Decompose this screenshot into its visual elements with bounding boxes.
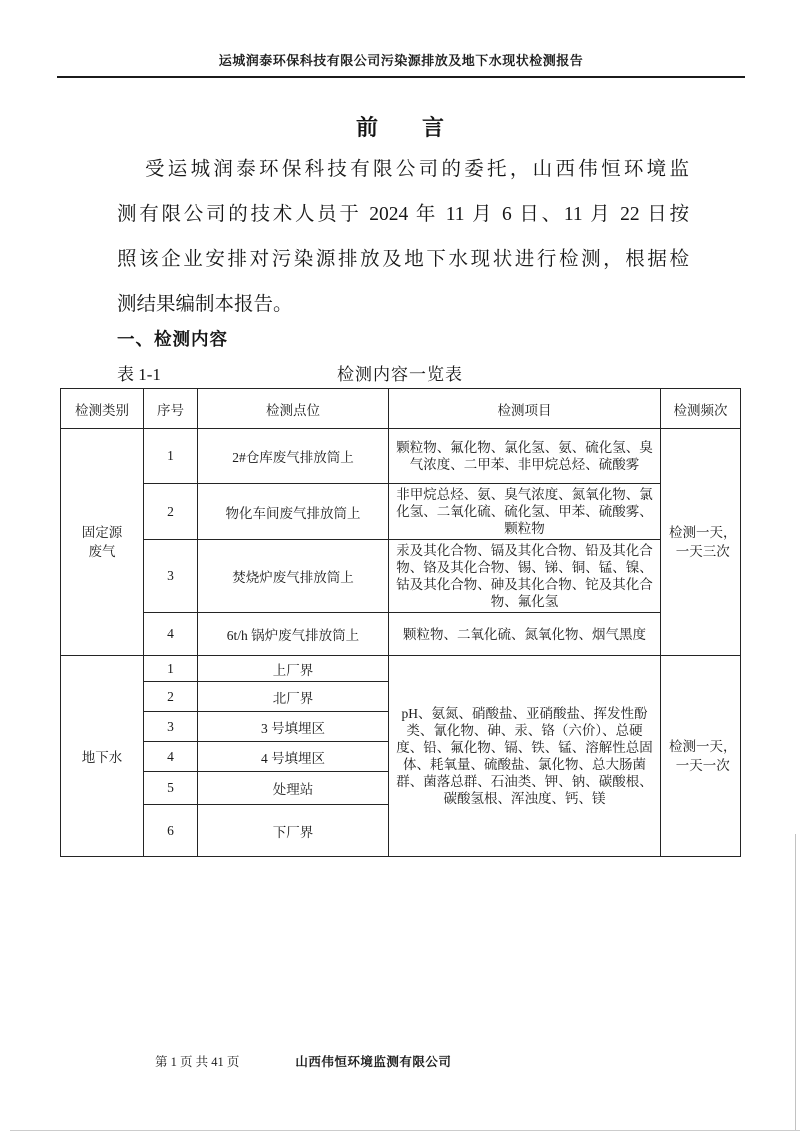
point-cell: 北厂界 (198, 682, 389, 712)
category-label: 地下水 (65, 746, 139, 766)
col-header-point: 检测点位 (198, 389, 389, 429)
items-cell: 汞及其化合物、镉及其化合物、铅及其化合物、铬及其化合物、锡、锑、铜、锰、镍、钴及… (389, 540, 661, 613)
paragraph-line: 测结果编制本报告。 (117, 282, 689, 327)
foreword-title: 前 言 (0, 111, 800, 142)
table-row: 3 焚烧炉废气排放筒上 汞及其化合物、镉及其化合物、铅及其化合物、铬及其化合物、… (61, 540, 741, 613)
table-row: 地下水 1 上厂界 pH、氨氮、硝酸盐、亚硝酸盐、挥发性酚类、氰化物、砷、汞、铬… (61, 656, 741, 682)
point-cell: 上厂界 (198, 656, 389, 682)
seq-cell: 3 (144, 540, 198, 613)
seq-cell: 5 (144, 772, 198, 805)
running-title: 运城润泰环保科技有限公司污染源排放及地下水现状检测报告 (57, 50, 745, 69)
paragraph-line: 受运城润泰环保科技有限公司的委托，山西伟恒环境监 (117, 147, 689, 192)
frequency-label: 检测一天，一天三次 (665, 523, 741, 561)
seq-cell: 3 (144, 712, 198, 742)
footer-company-name: 山西伟恒环境监测有限公司 (295, 1052, 451, 1070)
point-cell: 2#仓库废气排放筒上 (198, 429, 389, 484)
point-cell: 6t/h 锅炉废气排放筒上 (198, 613, 389, 656)
running-header: 运城润泰环保科技有限公司污染源排放及地下水现状检测报告 (57, 50, 745, 78)
category-cell-waste-gas: 固定源废气 (61, 429, 144, 656)
frequency-cell-groundwater: 检测一天，一天一次 (661, 656, 741, 857)
col-header-items: 检测项目 (389, 389, 661, 429)
frequency-label: 检测一天，一天一次 (665, 737, 741, 775)
seq-cell: 6 (144, 805, 198, 857)
foreword-paragraph: 受运城润泰环保科技有限公司的委托，山西伟恒环境监 测有限公司的技术人员于 202… (117, 147, 689, 327)
table-row: 4 6t/h 锅炉废气排放筒上 颗粒物、二氧化硫、氮氧化物、烟气黑度 (61, 613, 741, 656)
point-cell: 4 号填埋区 (198, 742, 389, 772)
monitoring-content-table: 检测类别 序号 检测点位 检测项目 检测频次 固定源废气 1 2#仓库废气排放筒… (60, 388, 741, 857)
table-caption-label: 表 1-1 (117, 360, 161, 385)
seq-cell: 1 (144, 429, 198, 484)
seq-cell: 2 (144, 682, 198, 712)
seq-cell: 2 (144, 484, 198, 540)
items-cell-groundwater: pH、氨氮、硝酸盐、亚硝酸盐、挥发性酚类、氰化物、砷、汞、铬（六价）、总硬度、铅… (389, 656, 661, 857)
col-header-frequency: 检测频次 (661, 389, 741, 429)
items-cell: 颗粒物、氟化物、氯化氢、氨、硫化氢、臭气浓度、二甲苯、非甲烷总烃、硫酸雾 (389, 429, 661, 484)
category-label: 固定源废气 (80, 523, 125, 561)
table-row: 2 物化车间废气排放筒上 非甲烷总烃、氨、臭气浓度、氮氧化物、氯化氢、二氧化硫、… (61, 484, 741, 540)
items-cell: 颗粒物、二氧化硫、氮氧化物、烟气黑度 (389, 613, 661, 656)
point-cell: 物化车间废气排放筒上 (198, 484, 389, 540)
table-caption: 表 1-1 检测内容一览表 (60, 360, 740, 385)
scan-edge-artifact (10, 1130, 800, 1131)
page-number-info: 第 1 页 共 41 页 (155, 1052, 239, 1070)
table-row: 固定源废气 1 2#仓库废气排放筒上 颗粒物、氟化物、氯化氢、氨、硫化氢、臭气浓… (61, 429, 741, 484)
point-cell: 下厂界 (198, 805, 389, 857)
col-header-seq: 序号 (144, 389, 198, 429)
col-header-category: 检测类别 (61, 389, 144, 429)
paragraph-line: 测有限公司的技术人员于 2024 年 11 月 6 日、11 月 22 日按 (117, 192, 689, 237)
category-cell-groundwater: 地下水 (61, 656, 144, 857)
document-page: 运城润泰环保科技有限公司污染源排放及地下水现状检测报告 前 言 受运城润泰环保科… (0, 0, 800, 1134)
seq-cell: 4 (144, 742, 198, 772)
point-cell: 处理站 (198, 772, 389, 805)
paragraph-line: 照该企业安排对污染源排放及地下水现状进行检测，根据检 (117, 237, 689, 282)
page-footer: 第 1 页 共 41 页 山西伟恒环境监测有限公司 (155, 1052, 451, 1070)
section-heading: 一、检测内容 (117, 326, 228, 351)
seq-cell: 1 (144, 656, 198, 682)
point-cell: 焚烧炉废气排放筒上 (198, 540, 389, 613)
frequency-cell-waste-gas: 检测一天，一天三次 (661, 429, 741, 656)
point-cell: 3 号填埋区 (198, 712, 389, 742)
seq-cell: 4 (144, 613, 198, 656)
table-header-row: 检测类别 序号 检测点位 检测项目 检测频次 (61, 389, 741, 429)
scan-edge-artifact (795, 834, 796, 1131)
items-cell: 非甲烷总烃、氨、臭气浓度、氮氧化物、氯化氢、二氧化硫、硫化氢、甲苯、硫酸雾、颗粒… (389, 484, 661, 540)
table-caption-title: 检测内容一览表 (337, 365, 463, 384)
